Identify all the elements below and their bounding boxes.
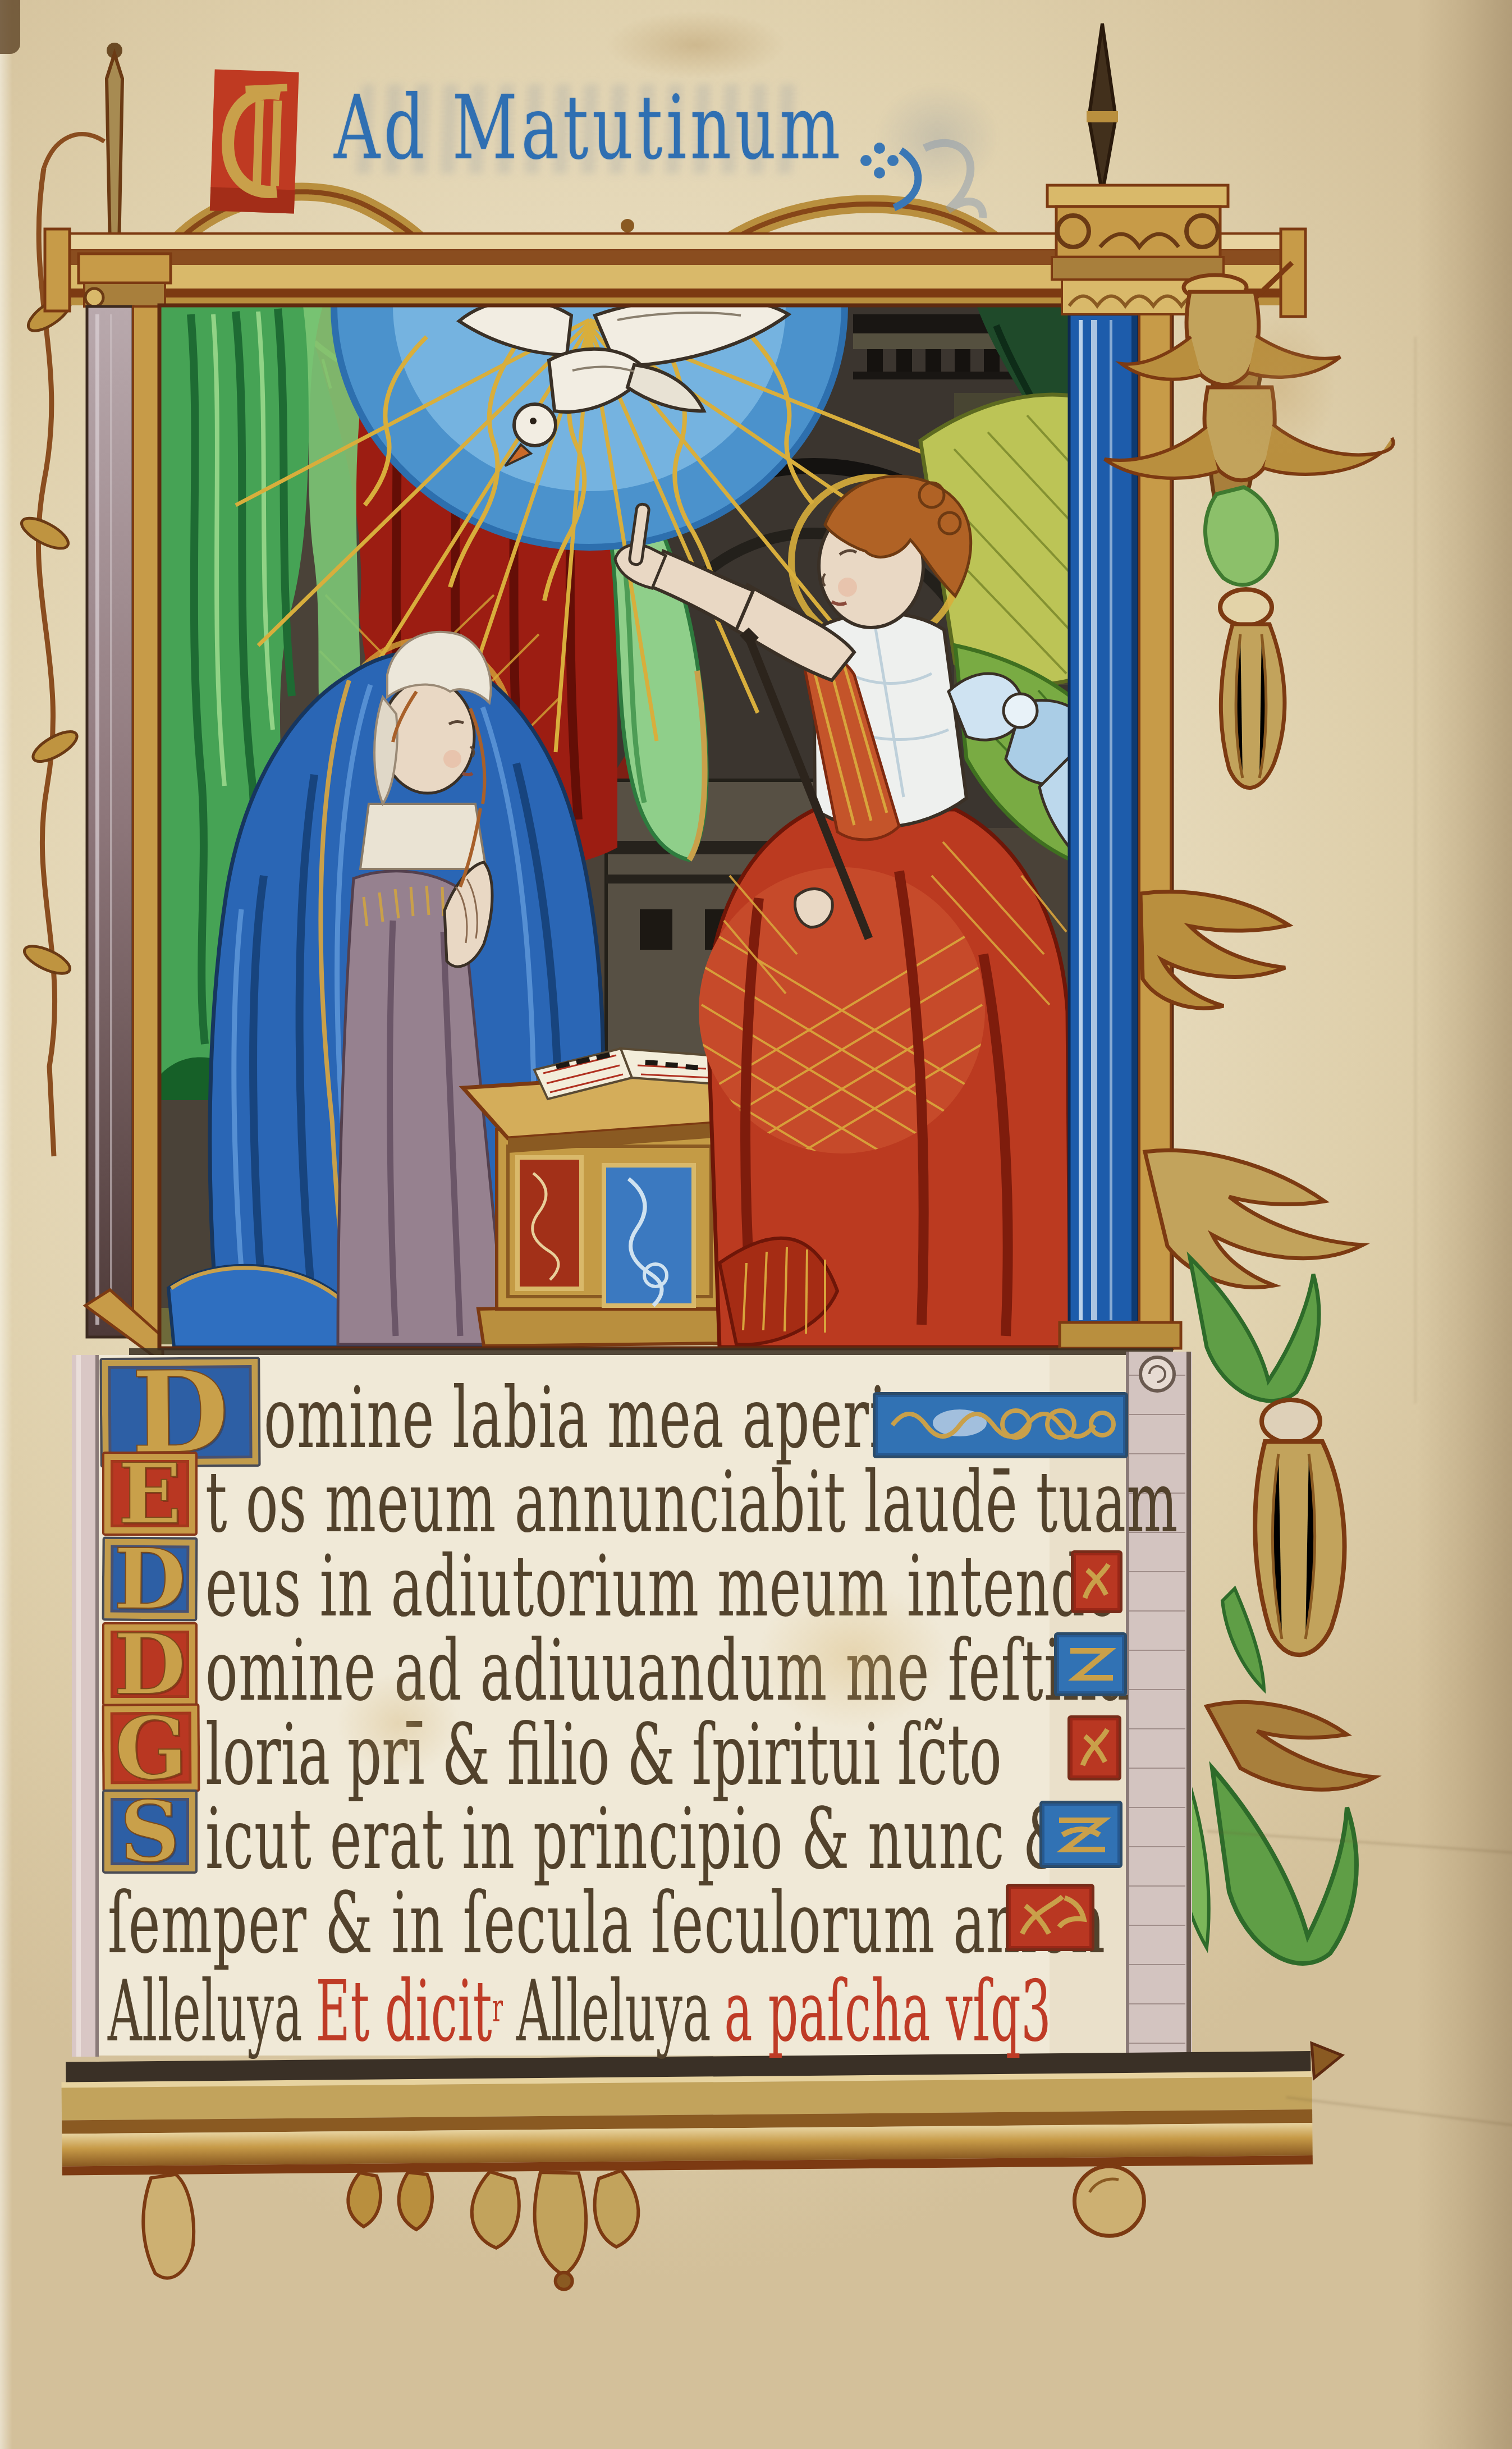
rubric-superscript-r: r (492, 1985, 503, 2031)
verse-line-2: t os meum annunciabit laudē tuam (205, 1461, 1179, 1545)
verse-line-5: loria prī & filio & ſpiritui ſc̃to (205, 1713, 1002, 1797)
ring-bead (1220, 589, 1272, 625)
ring-bead-2 (1262, 1400, 1320, 1443)
corner-blot (0, 0, 20, 54)
left-finial (107, 43, 122, 247)
rubric-title: Ad Matutinum (334, 76, 844, 180)
leaf-claw-cluster (1140, 892, 1289, 1008)
illuminated-initial-6: S (102, 1789, 198, 1874)
green-bud (1205, 487, 1277, 585)
verse-line-4: omine ad adiuuandum me feſtina (205, 1629, 1130, 1713)
gold-tassel-2 (1222, 1441, 1345, 1690)
illuminated-initial-5: G (102, 1704, 200, 1793)
line-filler-red (1006, 1884, 1094, 1951)
illuminated-initial-3: D (102, 1536, 198, 1621)
ledge-cluster (348, 2172, 433, 2230)
line-filler-red (1071, 1550, 1122, 1613)
red-ornament-panel (517, 1157, 581, 1289)
ledge-pendant (471, 2171, 639, 2291)
line-filler-blue (1039, 1801, 1122, 1868)
ledge-knob-right (1074, 2166, 1144, 2236)
page-edge-highlight (0, 0, 12, 2449)
verse-line-3: eus in adiutorium meum intende (205, 1545, 1119, 1629)
scroll-curl (1140, 1357, 1174, 1391)
line-filler-blue (1054, 1632, 1127, 1696)
alleluya-1: Alleluya (108, 1963, 303, 2061)
verse-line-1: omine labia mea aperies (264, 1376, 949, 1461)
alleluya-2: Alleluya (516, 1963, 711, 2061)
verse-line-6: icut erat in principio & nunc & (205, 1797, 1071, 1882)
flourish-icon (857, 128, 1003, 240)
manuscript-page: Ad Matutinum D E D D G S omine labia mea… (0, 0, 1512, 2449)
ledge-knob-left (143, 2174, 194, 2278)
rubric-a-pascha: a paſcha vſq3 (725, 1963, 1052, 2061)
miniature-annunciation (160, 297, 1140, 1350)
rubric-heading: Ad Matutinum (207, 61, 1003, 240)
line-filler-blue-long (873, 1392, 1128, 1458)
left-column (79, 254, 171, 1363)
illuminated-initial-2: E (102, 1452, 198, 1536)
illuminated-initial-4: D (102, 1622, 198, 1706)
bottom-ledge (61, 2043, 1344, 2294)
illumination-artwork (0, 0, 1512, 2449)
pilcrow-icon (207, 61, 305, 229)
gold-tassel-1 (1221, 624, 1285, 788)
verse-line-7: ſemper & in ſecula ſeculorum amen (108, 1882, 1106, 1966)
lower-green-spray (1175, 1702, 1375, 1963)
line-filler-red (1067, 1715, 1121, 1780)
page-edge-shading (1417, 0, 1512, 2449)
rubric-et-dicitur: Et dicit (316, 1963, 493, 2061)
verse-line-8: AlleluyaEt dicitrAlleluyaa paſcha vſq3 (108, 1966, 1051, 2054)
